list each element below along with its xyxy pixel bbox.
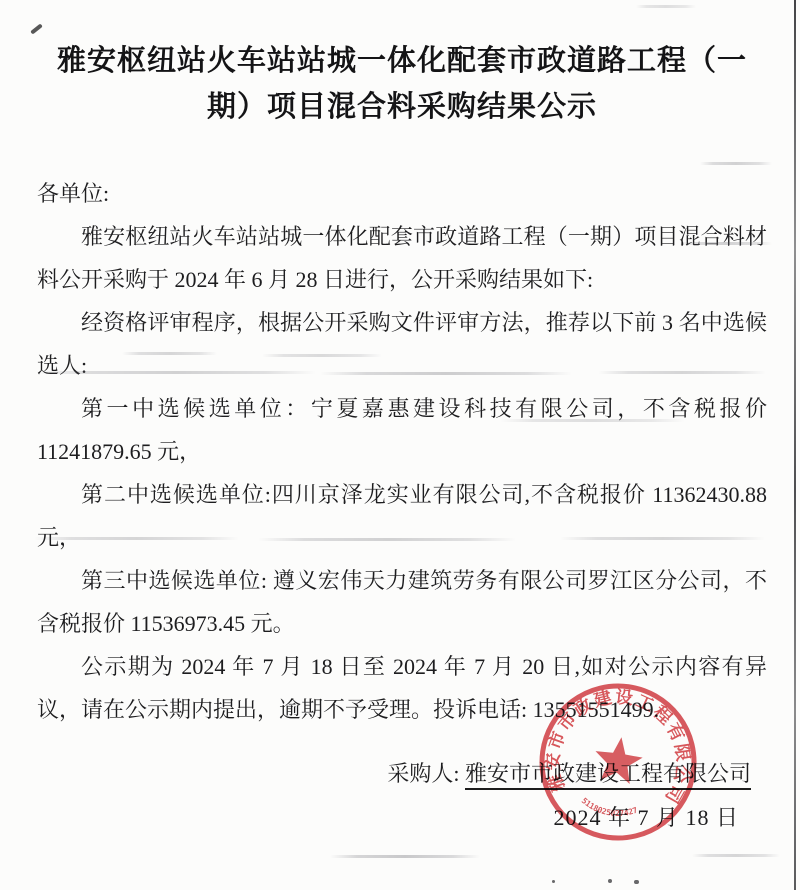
- title-line-1: 雅安枢纽站火车站站城一体化配套市政道路工程（一: [37, 38, 767, 84]
- scan-speck: [608, 879, 612, 883]
- purchaser-line: 采购人: 雅安市市政建设工程有限公司: [37, 752, 767, 795]
- paragraph-procurement-intro: 雅安枢纽站火车站站城一体化配套市政道路工程（一期）项目混合料材料公开采购于 20…: [37, 215, 767, 301]
- purchaser-label: 采购人:: [387, 761, 459, 786]
- purchaser-company: 雅安市市政建设工程有限公司: [465, 761, 751, 790]
- signoff-block: 采购人: 雅安市市政建设工程有限公司 2024 年 7 月 18 日: [37, 752, 767, 840]
- title-line-2: 期）项目混合料采购结果公示: [37, 84, 767, 130]
- scan-streak: [692, 854, 780, 857]
- paragraph-publicity-period: 公示期为 2024 年 7 月 18 日至 2024 年 7 月 20 日,如对…: [37, 645, 767, 731]
- paragraph-candidate-1: 第一中选候选单位：宁夏嘉惠建设科技有限公司，不含税报价 11241879.65 …: [37, 387, 767, 473]
- paragraph-review-process: 经资格评审程序，根据公开采购文件评审方法，推荐以下前 3 名中选候选人:: [37, 301, 767, 387]
- paragraph-candidate-2: 第二中选候选单位:四川京泽龙实业有限公司,不含税报价 11362430.88 元…: [37, 473, 767, 559]
- document-content: 雅安枢纽站火车站站城一体化配套市政道路工程（一 期）项目混合料采购结果公示 各单…: [0, 0, 800, 840]
- signoff-date: 2024 年 7 月 18 日: [37, 795, 767, 840]
- scan-speck: [552, 880, 555, 883]
- scan-speck: [634, 880, 639, 884]
- salutation: 各单位:: [37, 172, 767, 215]
- paragraph-candidate-3: 第三中选候选单位: 遵义宏伟天力建筑劳务有限公司罗江区分公司，不含税报价 115…: [37, 559, 767, 645]
- scan-streak: [330, 855, 480, 858]
- page-title: 雅安枢纽站火车站站城一体化配套市政道路工程（一 期）项目混合料采购结果公示: [37, 38, 767, 130]
- document-page: 雅安枢纽站火车站站城一体化配套市政道路工程（一 期）项目混合料采购结果公示 各单…: [0, 0, 800, 890]
- scan-page-edge: [794, 0, 797, 890]
